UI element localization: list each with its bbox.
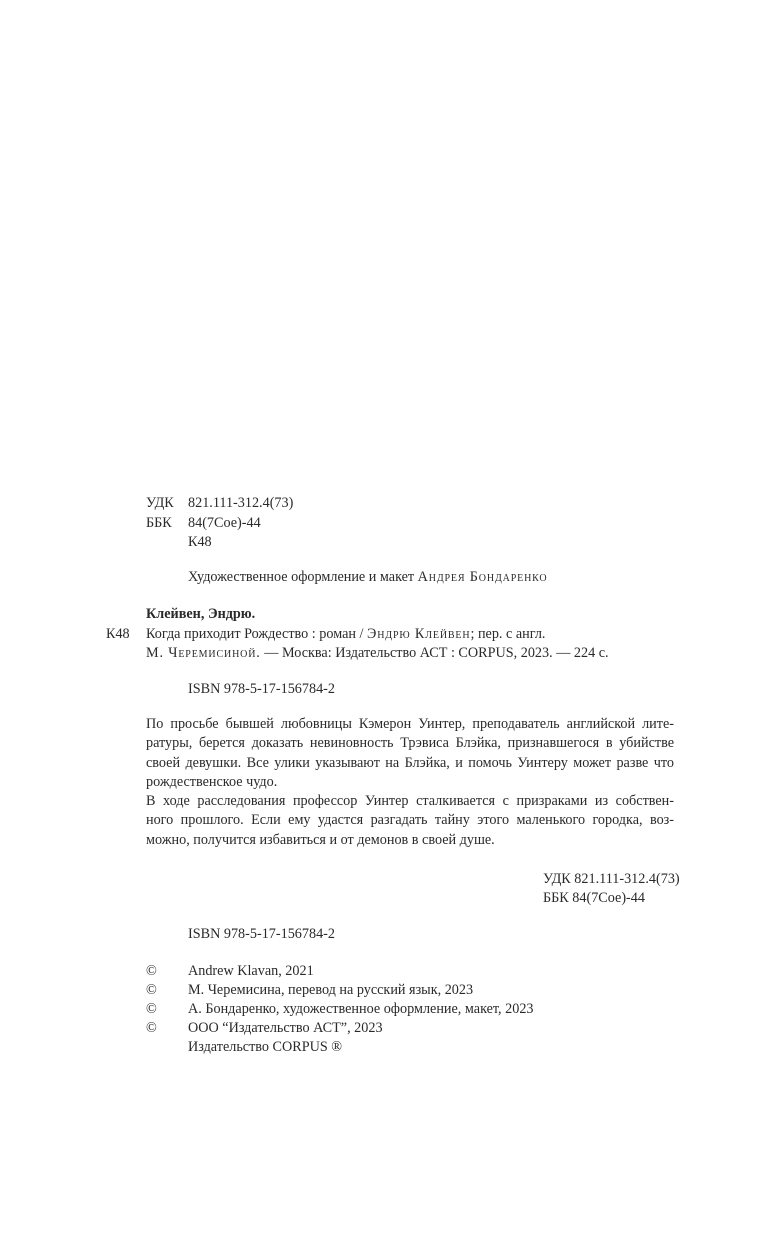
bbk-bottom: ББК 84(7Сое)-44 [543,889,645,908]
copyright-text: ООО “Издательство АСТ”, 2023 [188,1019,383,1039]
isbn-top: ISBN 978-5-17-156784-2 [188,680,335,699]
annotation: По просьбе бывшей любовницы Кэмерон Уинт… [146,715,674,850]
catalog-line-1: Когда приходит Рождество : роман / Эндрю… [146,625,545,644]
udk-label: УДК [146,494,174,513]
annotation-line: рождественское чудо. [146,773,674,792]
imprint-text: Издательство CORPUS ® [188,1038,342,1058]
copyright-text: М. Черемисина, перевод на русский язык, … [188,981,473,1001]
copyright-text: А. Бондаренко, художественное оформление… [188,1000,534,1020]
book-author: Эндрю Клейвен [367,626,470,642]
udk-value: 821.111-312.4(73) [188,494,293,513]
annotation-line: В ходе расследования профессор Уинтер ст… [146,792,674,811]
annotation-line: ного прошлого. Если ему удастся разгадат… [146,811,674,830]
annotation-line: ратуры, берется доказать невиновность Тр… [146,734,674,753]
design-credit-name: Андрея Бондаренко [418,569,548,585]
author-mark-top: К48 [188,533,212,552]
copyright-icon: © [146,1019,157,1039]
catalog-heading: Клейвен, Эндрю. [146,605,255,624]
annotation-line: своей девушки. Все улики указывают на Бл… [146,754,674,773]
book-title: Когда приходит Рождество : роман / [146,626,367,642]
catalog-line-2: М. Черемисиной. — Москва: Издательство А… [146,644,609,663]
bbk-value: 84(7Сое)-44 [188,514,261,533]
bbk-label: ББК [146,514,172,533]
copyright-text: Andrew Klavan, 2021 [188,962,314,982]
copyright-icon: © [146,1000,157,1020]
udk-bottom: УДК 821.111-312.4(73) [543,870,680,889]
copyright-icon: © [146,962,157,982]
copyright-icon: © [146,981,157,1001]
publication-info: — Москва: Издательство АСТ : CORPUS, 202… [261,645,609,661]
design-credit: Художественное оформление и макет Андрея… [188,568,548,587]
catalog-author-mark: К48 [106,625,130,644]
translator-name: М. Черемисиной. [146,645,261,661]
annotation-line: можно, получится избавиться и от демонов… [146,831,674,850]
design-credit-prefix: Художественное оформление и макет [188,569,418,585]
translation-note: ; пер. с англ. [470,626,545,642]
annotation-line: По просьбе бывшей любовницы Кэмерон Уинт… [146,715,674,734]
isbn-bottom: ISBN 978-5-17-156784-2 [188,925,335,944]
